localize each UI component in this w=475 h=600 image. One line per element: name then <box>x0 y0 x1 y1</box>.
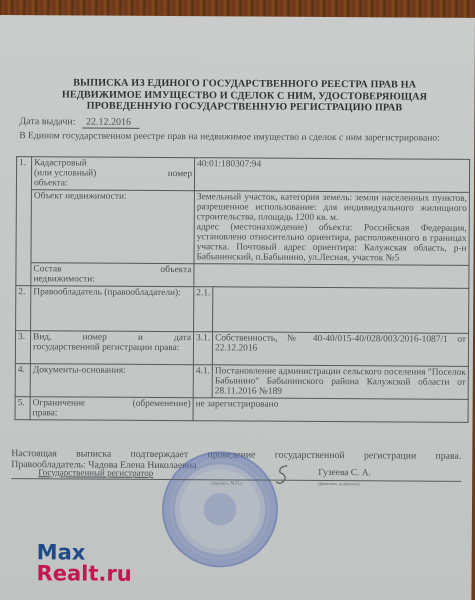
label-part: номер <box>82 333 106 343</box>
rightholder-label: Правообладатель (правообладатели): <box>31 286 194 332</box>
encumbrance-value: не зарегистрировано <box>193 398 468 423</box>
encumbrance-label: Ограничение(обременение) права: <box>30 397 193 421</box>
object-type-text: Земельный участок, категория земель: зем… <box>197 192 467 224</box>
issue-date-line: Дата выдачи: 22.12.2016 <box>19 116 139 129</box>
object-address-text: адрес (местонахождение) объекта: Российс… <box>196 222 466 264</box>
label-part: (обременение) <box>133 399 191 409</box>
issue-date-value: 22.12.2016 <box>82 117 139 129</box>
watermark-line-2: Realt.ru <box>37 563 132 585</box>
registration-label: Вид, номер и дата государственной регист… <box>30 331 193 365</box>
registrar-role: Государственный регистратор <box>38 467 153 478</box>
table-row: 5. Ограничение(обременение) права: не за… <box>15 397 468 423</box>
document-title: ВЫПИСКА ИЗ ЕДИНОГО ГОСУДАРСТВЕННОГО РЕЕС… <box>49 77 439 114</box>
object-description: Земельный участок, категория земель: зем… <box>194 191 469 266</box>
signature-caption: (подпись, М.П.) <box>211 480 241 485</box>
label-text: государственной регистрации права: <box>33 342 191 353</box>
table-row: 3. Вид, номер и дата государственной рег… <box>15 331 468 367</box>
name-caption: (фамилия, инициалы) <box>318 481 360 486</box>
row-number: 5. <box>15 397 30 420</box>
issue-date-label: Дата выдачи: <box>19 116 75 127</box>
label-part: объекта <box>160 265 191 275</box>
label-text: недвижимости: <box>33 274 191 285</box>
table-row: 1. Кадастровый (или условный)номер объек… <box>16 157 469 193</box>
label-part: дата <box>174 333 191 343</box>
sub-number: 3.1. <box>193 332 212 365</box>
label-part: Вид, <box>33 332 51 342</box>
row-number: 2. <box>16 286 31 331</box>
signature-icon <box>272 464 292 486</box>
label-part: номер <box>168 169 192 179</box>
row-number: 1. <box>16 157 32 286</box>
watermark-logo: Max Realt.ru <box>37 542 132 585</box>
table-row: Объект недвижимости: Земельный участок, … <box>16 190 469 266</box>
intro-text: В Едином государственном реестре прав на… <box>19 131 467 144</box>
official-seal-stamp <box>162 451 279 568</box>
row-number: 3. <box>15 331 30 364</box>
composition-value <box>194 264 469 289</box>
label-part: Состав <box>33 264 61 274</box>
registry-table: 1. Кадастровый (или условный)номер объек… <box>15 156 471 423</box>
cadastral-number: 40:01:180307:94 <box>194 158 469 193</box>
rightholder-value <box>213 287 469 334</box>
table-row: 4. Документы-основания: 4.1. Постановлен… <box>15 364 468 400</box>
cadastral-label: Кадастровый (или условный)номер объекта: <box>31 157 194 191</box>
registrar-name: Гузеева С. А. <box>318 468 371 478</box>
title-line: ПРОВЕДЕННУЮ ГОСУДАРСТВЕННУЮ РЕГИСТРАЦИЮ … <box>49 100 439 114</box>
basis-documents-label: Документы-основания: <box>30 364 193 398</box>
label-part: Ограничение <box>33 398 86 408</box>
registry-extract-document: ВЫПИСКА ИЗ ЕДИНОГО ГОСУДАРСТВЕННОГО РЕЕС… <box>0 15 475 600</box>
sub-number: 2.1. <box>194 287 213 332</box>
label-part: (или условный) <box>34 168 96 178</box>
composition-label: Составобъекта недвижимости: <box>31 263 194 287</box>
label-part: и <box>138 333 143 343</box>
registration-value: Собственность, № 40-40/015-40/028/003/20… <box>212 332 468 367</box>
row-number: 4. <box>15 364 30 397</box>
label-text: права: <box>33 408 191 419</box>
table-row: 2. Правообладатель (правообладатели): 2.… <box>16 286 469 334</box>
sub-number: 4.1. <box>193 365 212 398</box>
basis-documents-value: Постановление администрации сельского по… <box>212 365 468 400</box>
label-text: объекта: <box>34 178 192 189</box>
table-row: Составобъекта недвижимости: <box>16 263 469 289</box>
object-label: Объект недвижимости: <box>31 190 194 264</box>
